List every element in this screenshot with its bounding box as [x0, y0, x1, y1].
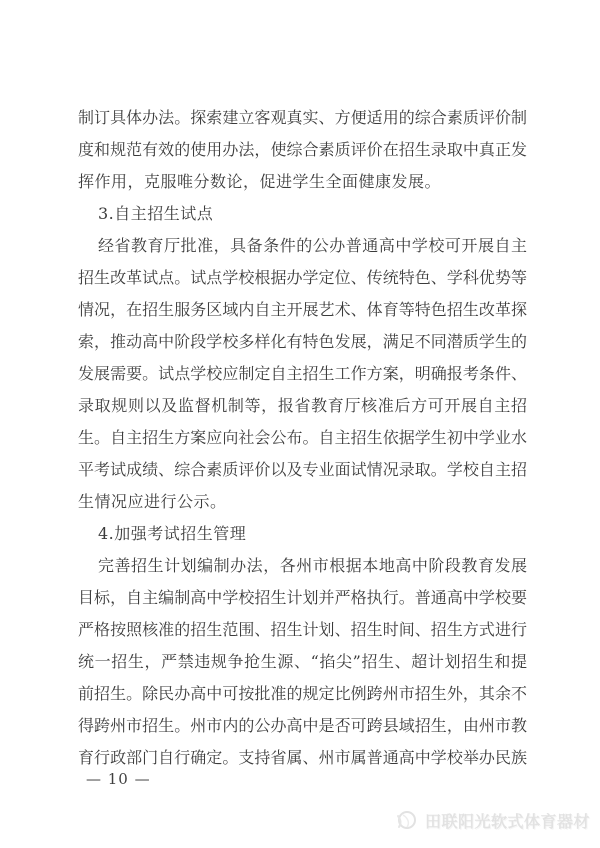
text-line: 完善招生计划编制办法，各州市根据本地高中阶段教育发展	[78, 550, 527, 582]
text-line: 发展需要。试点学校应制定自主招生工作方案，明确报考条件、	[78, 358, 527, 390]
text-line: 制订具体办法。探索建立客观真实、方便适用的综合素质评价制	[78, 102, 527, 134]
text-line: 前招生。除民办高中可按批准的规定比例跨州市招生外，其余不	[78, 678, 527, 710]
text-line: 经省教育厅批准，具备条件的公办普通高中学校可开展自主	[78, 230, 527, 262]
document-body: 制订具体办法。探索建立客观真实、方便适用的综合素质评价制度和规范有效的使用办法，…	[78, 102, 527, 774]
text-line: 挥作用，克服唯分数论，促进学生全面健康发展。	[78, 166, 527, 198]
sun-ball-logo-icon	[394, 808, 418, 832]
text-line: 度和规范有效的使用办法，使综合素质评价在招生录取中真正发	[78, 134, 527, 166]
document-page: 制订具体办法。探索建立客观真实、方便适用的综合素质评价制度和规范有效的使用办法，…	[0, 0, 600, 848]
text-line: 3.自主招生试点	[78, 198, 527, 230]
text-line: 目标，自主编制高中学校招生计划并严格执行。普通高中学校要	[78, 582, 527, 614]
text-line: 生。自主招生方案应向社会公布。自主招生依据学生初中学业水	[78, 422, 527, 454]
text-line: 平考试成绩、综合素质评价以及专业面试情况录取。学校自主招	[78, 454, 527, 486]
text-line: 得跨州市招生。州市内的公办高中是否可跨县域招生，由州市教	[78, 710, 527, 742]
page-number: — 10 —	[86, 770, 151, 788]
watermark-text: 田联阳光软式体育器材	[425, 809, 590, 832]
watermark: 田联阳光软式体育器材	[394, 808, 590, 832]
text-line: 招生改革试点。试点学校根据办学定位、传统特色、学科优势等	[78, 262, 527, 294]
text-line: 录取规则以及监督机制等，报省教育厅核准后方可开展自主招	[78, 390, 527, 422]
text-line: 统一招生，严禁违规争抢生源、“掐尖”招生、超计划招生和提	[78, 646, 527, 678]
text-line: 情况，在招生服务区域内自主开展艺术、体育等特色招生改革探	[78, 294, 527, 326]
text-line: 4.加强考试招生管理	[78, 518, 527, 550]
text-line: 严格按照核准的招生范围、招生计划、招生时间、招生方式进行	[78, 614, 527, 646]
text-line: 索，推动高中阶段学校多样化有特色发展，满足不同潜质学生的	[78, 326, 527, 358]
text-line: 生情况应进行公示。	[78, 486, 527, 518]
